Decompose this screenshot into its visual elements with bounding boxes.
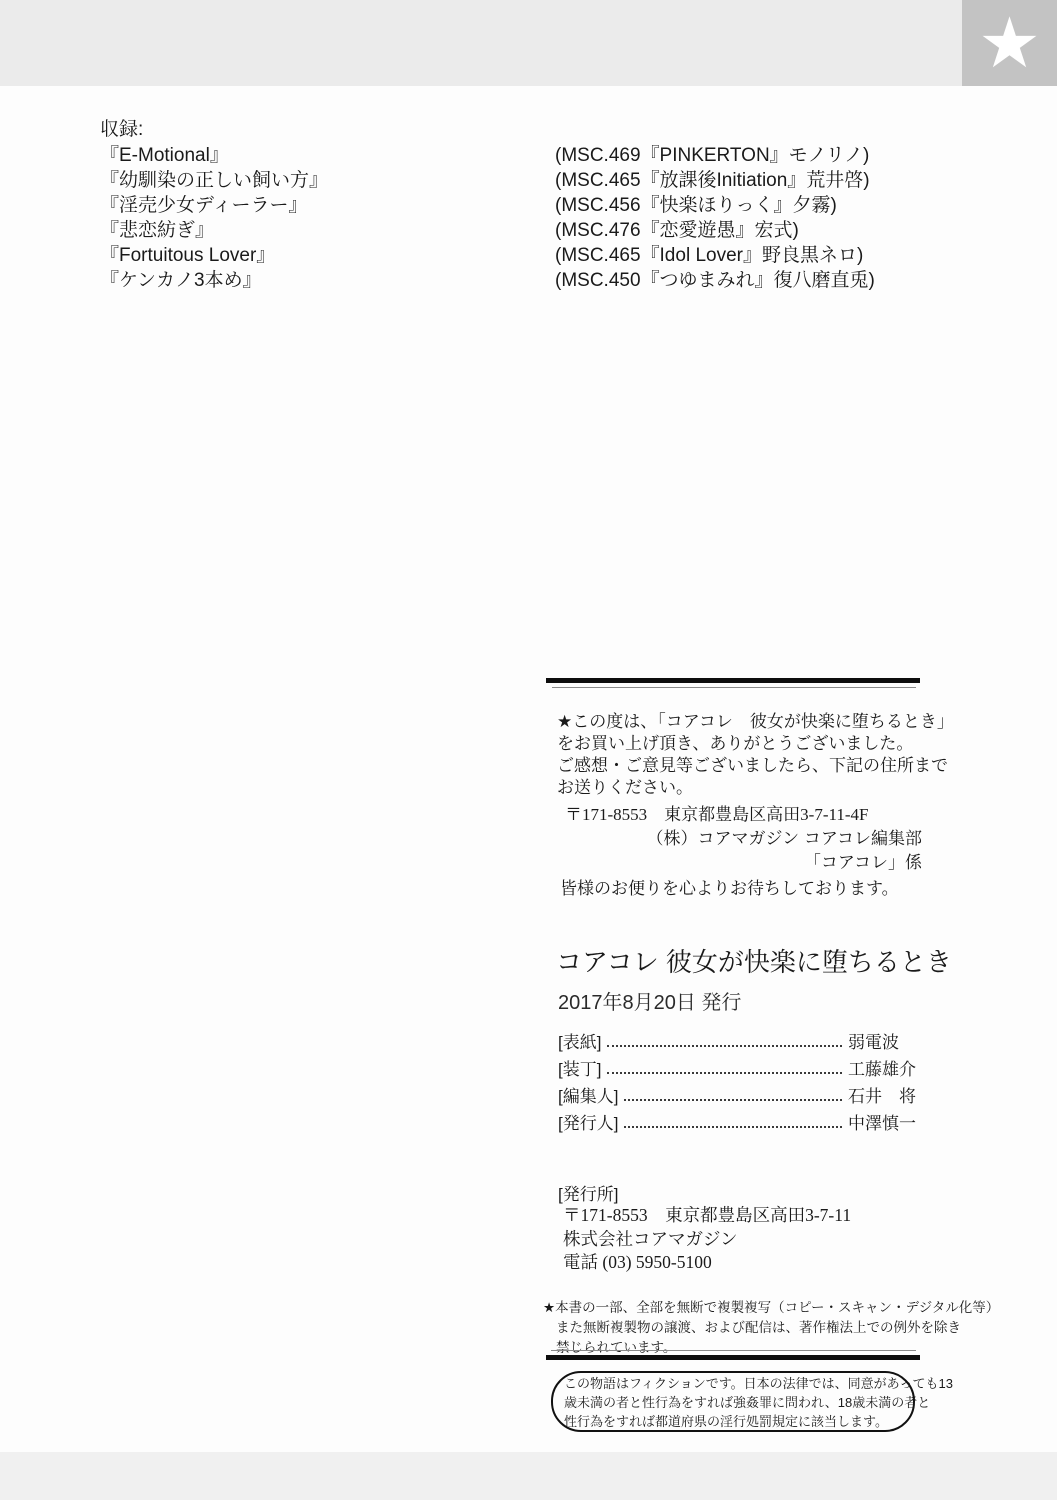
- story-source: (MSC.450『つゆまみれ』復八磨直兎): [555, 268, 875, 293]
- credits-list: [表紙] 弱電波 [装丁] 工藤雄介 [編集人] 石井 将 [発行人] 中澤慎一: [558, 1028, 920, 1136]
- credit-label: [編集人]: [558, 1085, 618, 1109]
- contents-list: 収録: 『E-Motional』 (MSC.469『PINKERTON』モノリノ…: [100, 117, 980, 293]
- double-rule-top: [546, 678, 920, 688]
- disclaimer-line: この物語はフィクションです。日本の法律では、同意があっても13: [564, 1374, 902, 1393]
- story-source: (MSC.476『恋愛遊愚』宏式): [555, 218, 799, 243]
- story-title: 『E-Motional』: [100, 143, 555, 168]
- publisher-company: 株式会社コアマガジン: [563, 1228, 933, 1252]
- credit-label: [装丁]: [558, 1058, 601, 1082]
- feedback-dept-line: （株）コアマガジン コアコレ編集部: [557, 827, 922, 851]
- story-source: (MSC.456『快楽ほりっく』夕霧): [555, 193, 837, 218]
- fiction-disclaimer-box: この物語はフィクションです。日本の法律では、同意があっても13 歳未満の者と性行…: [551, 1371, 915, 1432]
- star-icon: ★: [978, 0, 1041, 86]
- credit-name: 中澤慎一: [848, 1112, 920, 1136]
- copyright-line: ★本書の一部、全部を無断で複製複写（コピー・スキャン・デジタル化等）: [543, 1298, 943, 1318]
- toc-row: 『ケンカノ3本め』 (MSC.450『つゆまみれ』復八磨直兎): [100, 268, 980, 293]
- publisher-postal-address: 〒171-8553 東京都豊島区高田3-7-11: [563, 1204, 933, 1228]
- bottom-bar: [0, 1452, 1057, 1500]
- feedback-postal-address: 〒171-8553 東京都豊島区高田3-7-11-4F: [565, 804, 935, 826]
- toc-row: 『淫売少女ディーラー』 (MSC.456『快楽ほりっく』夕霧): [100, 193, 980, 218]
- copyright-notice: ★本書の一部、全部を無断で複製複写（コピー・スキャン・デジタル化等） また無断複…: [543, 1298, 943, 1358]
- rule-thick: [546, 1355, 920, 1360]
- dotted-leader: [607, 1045, 842, 1047]
- toc-row: 『幼馴染の正しい飼い方』 (MSC.465『放課後Initiation』荒井啓): [100, 168, 980, 193]
- toc-row: 『E-Motional』 (MSC.469『PINKERTON』モノリノ): [100, 143, 980, 168]
- credit-row: [編集人] 石井 将: [558, 1082, 920, 1109]
- publisher-phone: 電話 (03) 5950-5100: [563, 1251, 933, 1275]
- dotted-leader: [624, 1099, 842, 1101]
- toc-row: 『悲恋紡ぎ』 (MSC.476『恋愛遊愚』宏式): [100, 218, 980, 243]
- credit-name: 弱電波: [848, 1031, 920, 1055]
- publisher-heading: [発行所]: [558, 1180, 618, 1205]
- story-source: (MSC.469『PINKERTON』モノリノ): [555, 143, 869, 168]
- story-source: (MSC.465『Idol Lover』野良黒ネロ): [555, 243, 863, 268]
- feedback-line: ★この度は、「コアコレ 彼女が快楽に堕ちるとき」: [557, 711, 937, 733]
- story-title: 『幼馴染の正しい飼い方』: [100, 168, 555, 193]
- disclaimer-line: 歳未満の者と性行為をすれば強姦罪に問われ、18歳未満の者と: [564, 1393, 902, 1412]
- colophon-page: ★ 収録: 『E-Motional』 (MSC.469『PINKERTON』モノ…: [0, 0, 1057, 1500]
- dotted-leader: [624, 1126, 842, 1128]
- feedback-line: をお買い上げ頂き、ありがとうございました。: [557, 733, 937, 755]
- story-source: (MSC.465『放課後Initiation』荒井啓): [555, 168, 870, 193]
- contents-heading: 収録:: [100, 117, 980, 143]
- publication-title: コアコレ 彼女が快楽に堕ちるとき: [556, 942, 952, 979]
- story-title: 『Fortuitous Lover』: [100, 243, 555, 268]
- star-box: ★: [962, 0, 1057, 86]
- copyright-line: また無断複製物の譲渡、および配信は、著作権法上での例外を除き: [543, 1318, 943, 1338]
- publication-date: 2017年8月20日 発行: [558, 986, 741, 1015]
- top-bar: ★: [0, 0, 1057, 86]
- feedback-line: お送りください。: [557, 777, 937, 799]
- story-title: 『ケンカノ3本め』: [100, 268, 555, 293]
- credit-name: 工藤雄介: [848, 1058, 920, 1082]
- double-rule-bottom: [546, 1350, 920, 1360]
- toc-row: 『Fortuitous Lover』 (MSC.465『Idol Lover』野…: [100, 243, 980, 268]
- credit-row: [装丁] 工藤雄介: [558, 1055, 920, 1082]
- publisher-info: 〒171-8553 東京都豊島区高田3-7-11 株式会社コアマガジン 電話 (…: [563, 1204, 933, 1275]
- rule-thin: [551, 1350, 916, 1351]
- dotted-leader: [607, 1072, 842, 1074]
- credit-label: [表紙]: [558, 1031, 601, 1055]
- story-title: 『悲恋紡ぎ』: [100, 218, 555, 243]
- feedback-closing: 皆様のお便りを心よりお待ちしております。: [560, 878, 899, 900]
- credit-row: [表紙] 弱電波: [558, 1028, 920, 1055]
- story-title: 『淫売少女ディーラー』: [100, 193, 555, 218]
- credit-label: [発行人]: [558, 1112, 618, 1136]
- feedback-line: ご感想・ご意見等ございましたら、下記の住所まで: [557, 755, 937, 777]
- feedback-paragraph: ★この度は、「コアコレ 彼女が快楽に堕ちるとき」 をお買い上げ頂き、ありがとうご…: [557, 711, 937, 799]
- disclaimer-line: 性行為をすれば都道府県の淫行処罰規定に該当します。: [564, 1412, 902, 1431]
- feedback-dept-line: 「コアコレ」係: [557, 851, 922, 875]
- feedback-department: （株）コアマガジン コアコレ編集部 「コアコレ」係: [557, 827, 922, 875]
- rule-thick: [546, 678, 920, 683]
- credit-name: 石井 将: [848, 1085, 920, 1109]
- rule-thin: [552, 687, 916, 688]
- credit-row: [発行人] 中澤慎一: [558, 1109, 920, 1136]
